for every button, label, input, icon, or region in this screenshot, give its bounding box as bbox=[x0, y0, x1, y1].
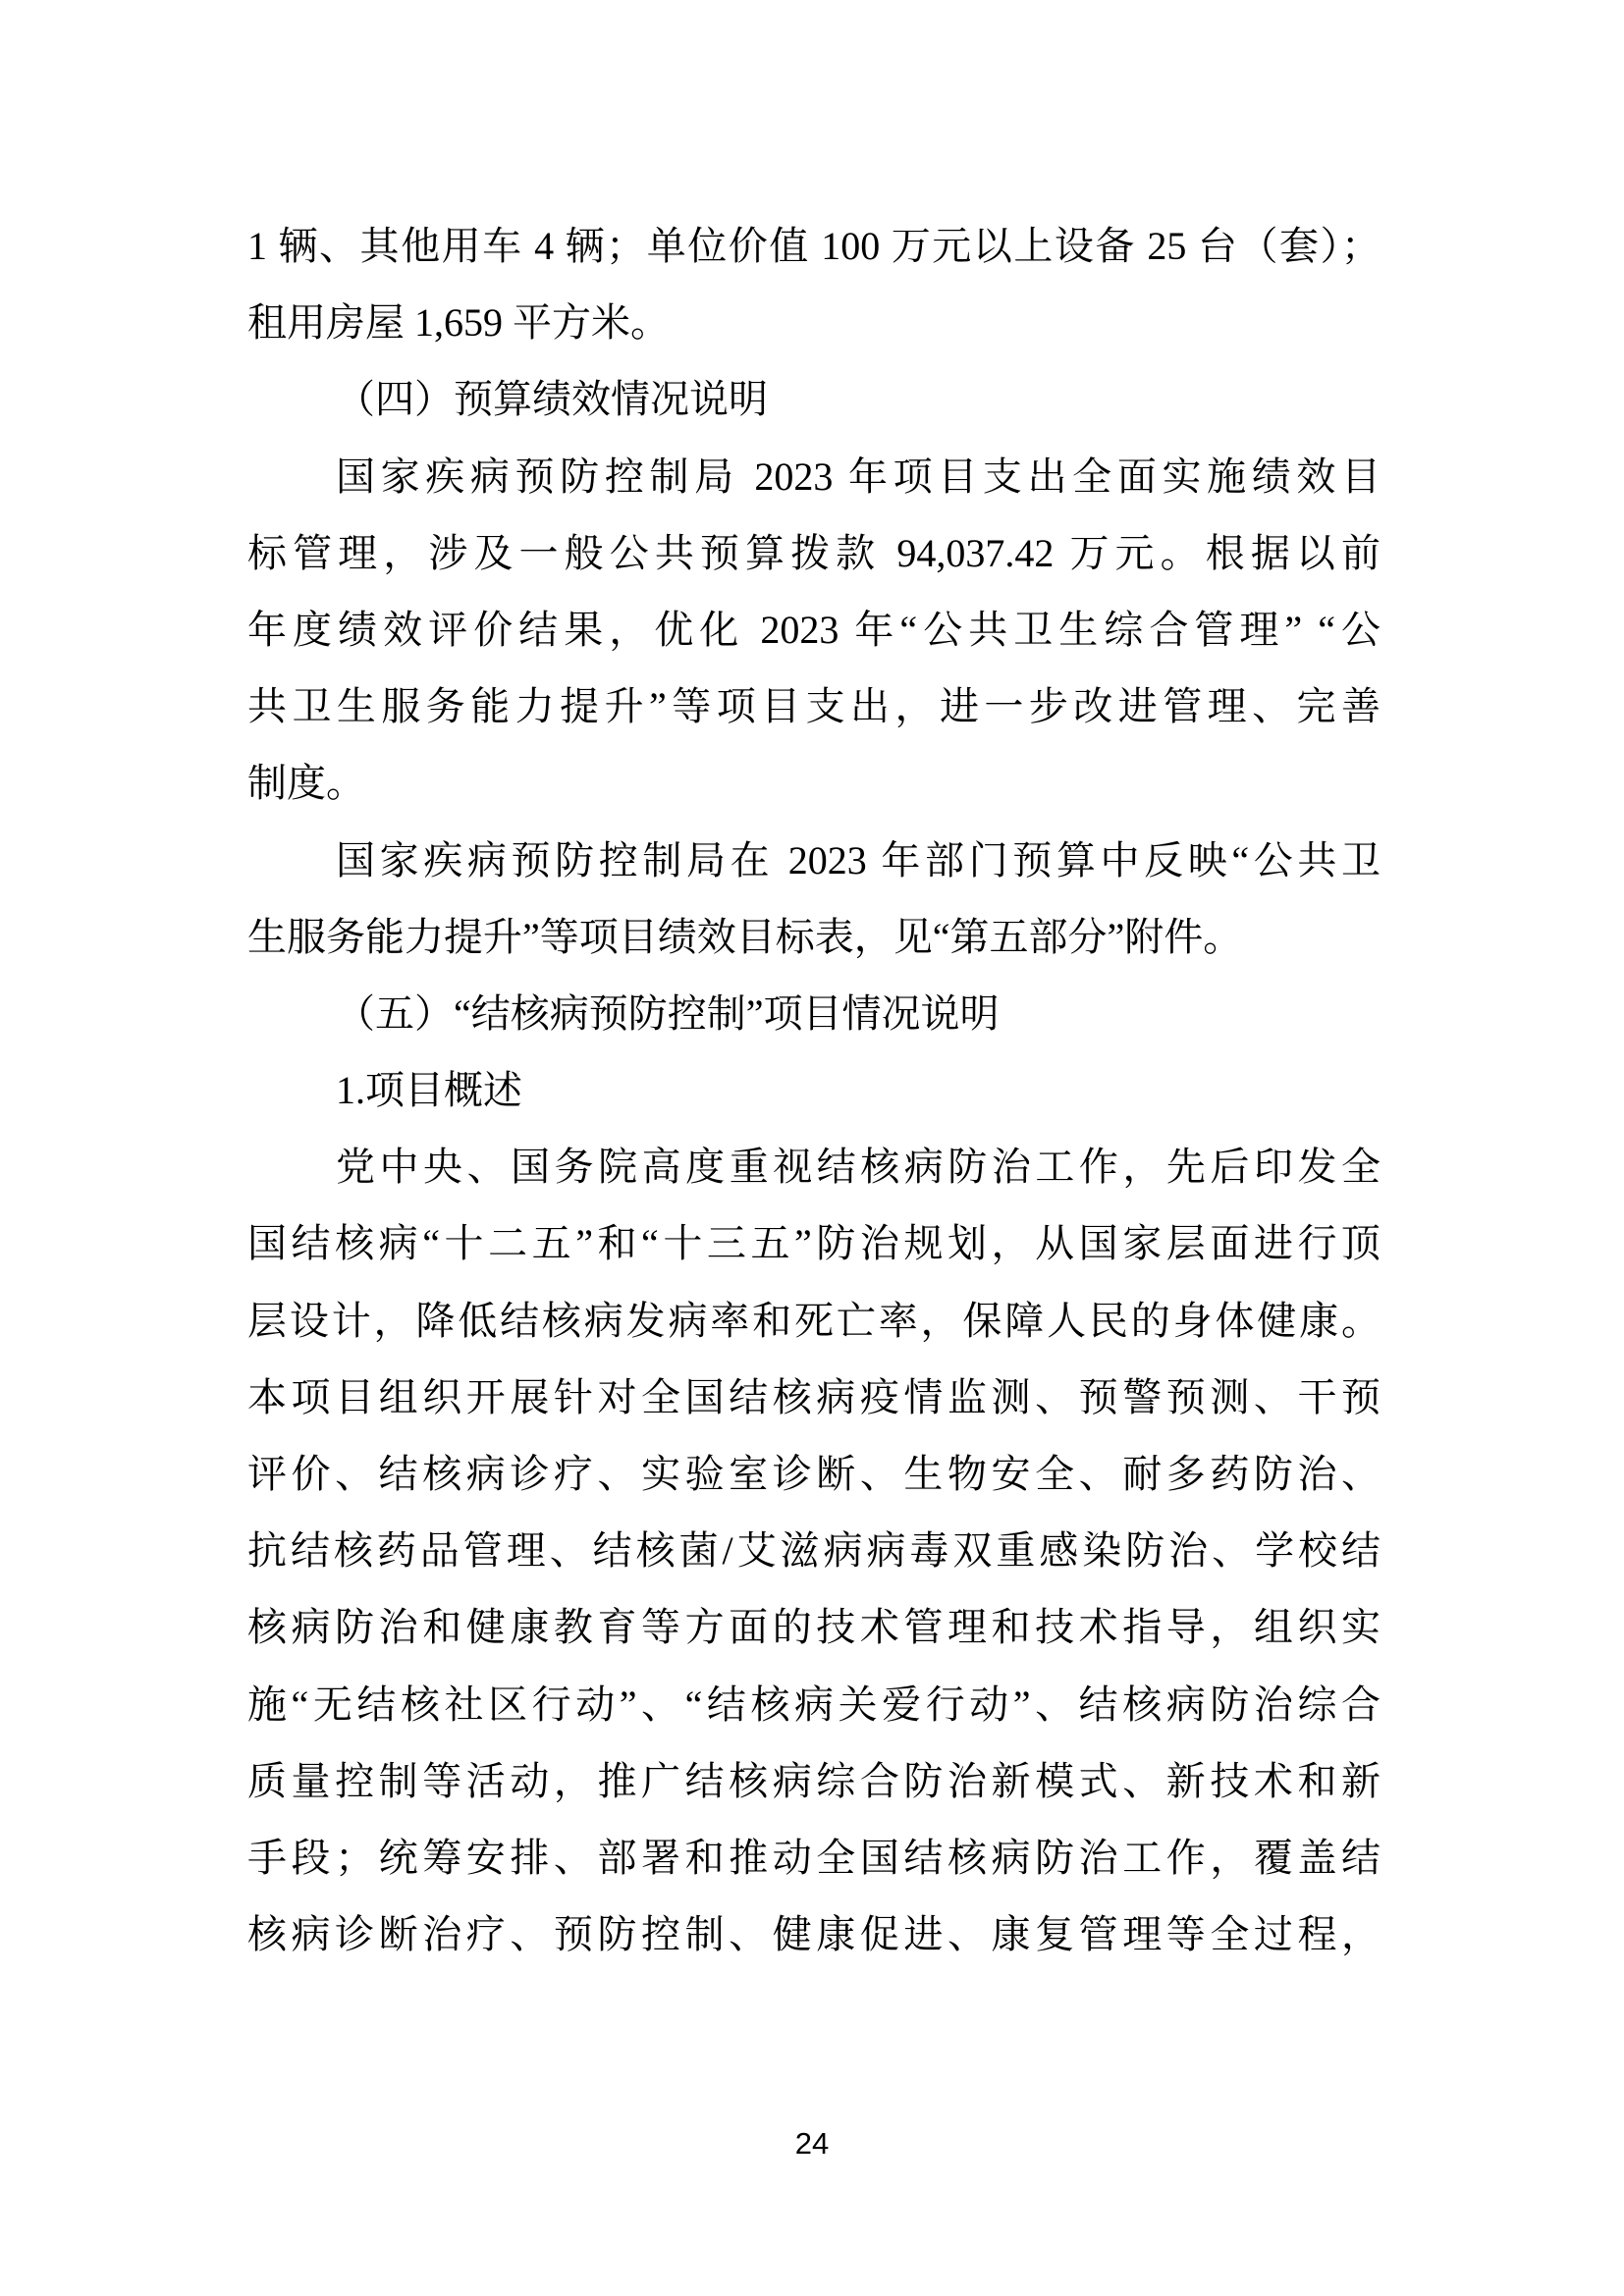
text-line: 抗结核药品管理、结核菌/艾滋病病毒双重感染防治、学校结 bbox=[247, 1513, 1380, 1589]
heading-section-5: （五）“结核病预防控制”项目情况说明 bbox=[247, 976, 1380, 1052]
text-line: 1 辆、其他用车 4 辆；单位价值 100 万元以上设备 25 台（套）； bbox=[247, 208, 1380, 285]
page-number: 24 bbox=[0, 2126, 1624, 2162]
text-line: 生服务能力提升”等项目绩效目标表，见“第五部分”附件。 bbox=[247, 899, 1380, 976]
text-line: 国家疾病预防控制局在 2023 年部门预算中反映“公共卫 bbox=[247, 823, 1380, 899]
text-line: 共卫生服务能力提升”等项目支出，进一步改进管理、完善 bbox=[247, 668, 1380, 745]
text-line: 标管理，涉及一般公共预算拨款 94,037.42 万元。根据以前 bbox=[247, 515, 1380, 592]
text-line: 评价、结核病诊疗、实验室诊断、生物安全、耐多药防治、 bbox=[247, 1436, 1380, 1513]
document-body: 1 辆、其他用车 4 辆；单位价值 100 万元以上设备 25 台（套）；租用房… bbox=[247, 208, 1380, 1973]
text-line: 核病诊断治疗、预防控制、健康促进、康复管理等全过程， bbox=[247, 1896, 1380, 1973]
text-line: 手段；统筹安排、部署和推动全国结核病防治工作，覆盖结 bbox=[247, 1820, 1380, 1896]
heading-subsection-1: 1.项目概述 bbox=[247, 1052, 1380, 1129]
heading-section-4: （四）预算绩效情况说明 bbox=[247, 361, 1380, 438]
text-line: 年度绩效评价结果，优化 2023 年“公共卫生综合管理” “公 bbox=[247, 592, 1380, 668]
text-line: 国家疾病预防控制局 2023 年项目支出全面实施绩效目 bbox=[247, 439, 1380, 515]
text-line: 制度。 bbox=[247, 745, 1380, 822]
text-line: 本项目组织开展针对全国结核病疫情监测、预警预测、干预 bbox=[247, 1360, 1380, 1436]
text-line: 施“无结核社区行动”、“结核病关爱行动”、结核病防治综合 bbox=[247, 1667, 1380, 1743]
text-line: 层设计，降低结核病发病率和死亡率，保障人民的身体健康。 bbox=[247, 1283, 1380, 1360]
document-page: 1 辆、其他用车 4 辆；单位价值 100 万元以上设备 25 台（套）；租用房… bbox=[0, 0, 1624, 2296]
text-line: 国结核病“十二五”和“十三五”防治规划，从国家层面进行顶 bbox=[247, 1205, 1380, 1282]
text-line: 租用房屋 1,659 平方米。 bbox=[247, 285, 1380, 361]
text-line: 党中央、国务院高度重视结核病防治工作，先后印发全 bbox=[247, 1129, 1380, 1205]
text-line: 核病防治和健康教育等方面的技术管理和技术指导，组织实 bbox=[247, 1589, 1380, 1666]
text-line: 质量控制等活动，推广结核病综合防治新模式、新技术和新 bbox=[247, 1743, 1380, 1820]
